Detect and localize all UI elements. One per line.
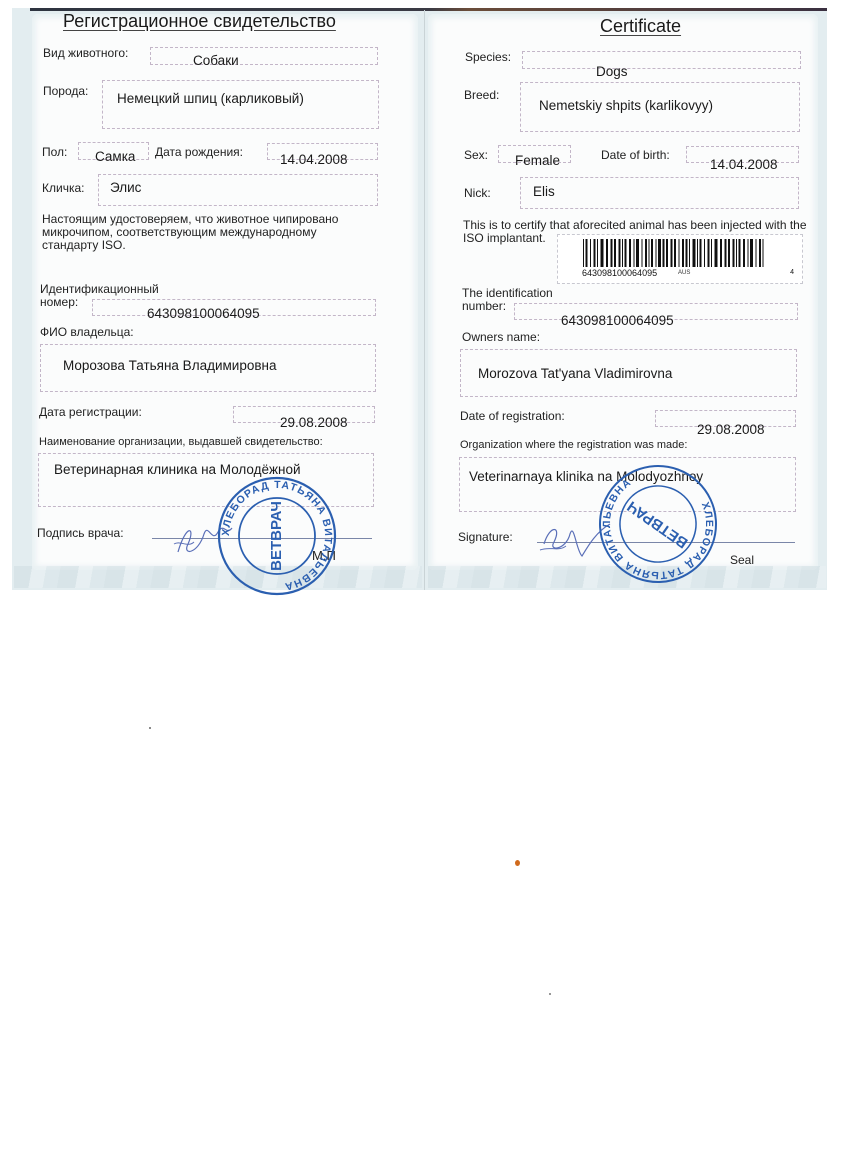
org-label-en: Organization where the registration was … (460, 439, 687, 451)
stamp-center-text-right: ВЕТВРАЧ (624, 497, 691, 551)
id-label-ru-line1: Идентификационный (40, 282, 159, 296)
dob-label-en: Date of birth: (601, 148, 670, 162)
id-value-ru: 643098100064095 (147, 306, 260, 321)
species-label-ru: Вид животного: (43, 46, 128, 60)
implant-statement-en-line2: ISO implantant. (463, 231, 546, 245)
microchip-statement-ru: Настоящим удостоверяем, что животное чип… (42, 213, 372, 252)
dob-value-ru: 14.04.2008 (280, 152, 348, 167)
nick-label-ru: Кличка: (42, 181, 84, 195)
species-field-ru (150, 47, 378, 65)
dob-label-ru: Дата рождения: (155, 145, 243, 159)
signature-label-en: Signature: (458, 530, 513, 544)
species-field-en (522, 51, 801, 69)
species-value-ru: Собаки (193, 53, 239, 68)
owner-value-ru: Морозова Татьяна Владимировна (63, 358, 276, 373)
barcode-corner-digit: 4 (790, 269, 794, 276)
dob-value-en: 14.04.2008 (710, 157, 778, 172)
species-value-en: Dogs (596, 64, 628, 79)
owner-value-en: Morozova Tat'yana Vladimirovna (478, 366, 672, 381)
reg-date-label-ru: Дата регистрации: (39, 405, 142, 419)
scan-speck-orange (515, 860, 520, 866)
breed-label-ru: Порода: (43, 84, 88, 98)
id-label-ru-line2: номер: (40, 295, 78, 309)
russian-title: Регистрационное свидетельство (63, 11, 336, 32)
stamp-center-text-left: ВЕТВРАЧ (268, 501, 285, 571)
reg-date-label-en: Date of registration: (460, 409, 565, 423)
breed-value-ru: Немецкий шпиц (карликовый) (117, 91, 304, 106)
id-value-en: 643098100064095 (561, 313, 674, 328)
nick-label-en: Nick: (464, 186, 491, 200)
id-label-en-line2: number: (462, 299, 506, 313)
seal-label-en: Seal (730, 553, 754, 567)
species-label-en: Species: (465, 50, 511, 64)
scan-speck (549, 993, 551, 995)
signature-label-ru: Подпись врача: (37, 526, 124, 540)
vet-stamp-left: ХЛЕБОРАД ТАТЬЯНА ВИТАЛЬЕВНА ВЕТВРАЧ (215, 474, 339, 598)
barcode-country: AUS (678, 270, 690, 276)
vet-stamp-right: ХЛЕБОРАД ТАТЬЯНА ВИТАЛЬЕВНА ВЕТВРАЧ (596, 462, 720, 586)
breed-label-en: Breed: (464, 88, 499, 102)
nick-field-en (520, 177, 799, 209)
sex-value-en: Female (515, 153, 560, 168)
reg-date-value-ru: 29.08.2008 (280, 415, 348, 430)
nick-value-en: Elis (533, 184, 555, 199)
breed-value-en: Nemetskiy shpits (karlikovyy) (539, 98, 713, 113)
sex-value-ru: Самка (95, 149, 135, 164)
implant-statement-en-line1: This is to certify that aforecited anima… (463, 218, 807, 232)
scan-speck (149, 727, 151, 729)
english-title: Certificate (600, 16, 681, 37)
reg-date-value-en: 29.08.2008 (697, 422, 765, 437)
sex-label-ru: Пол: (42, 145, 67, 159)
org-label-ru: Наименование организации, выдавшей свиде… (39, 436, 323, 448)
barcode-number: 643098100064095 (582, 268, 657, 278)
microchip-barcode-label: 643098100064095 AUS 4 (557, 234, 803, 284)
barcode-icon (583, 239, 768, 267)
sex-label-en: Sex: (464, 148, 488, 162)
id-label-en-line1: The identification (462, 286, 553, 300)
nick-value-ru: Элис (110, 180, 141, 195)
owner-label-en: Owners name: (462, 330, 540, 344)
owner-label-ru: ФИО владельца: (40, 325, 134, 339)
page-fold (424, 10, 425, 590)
